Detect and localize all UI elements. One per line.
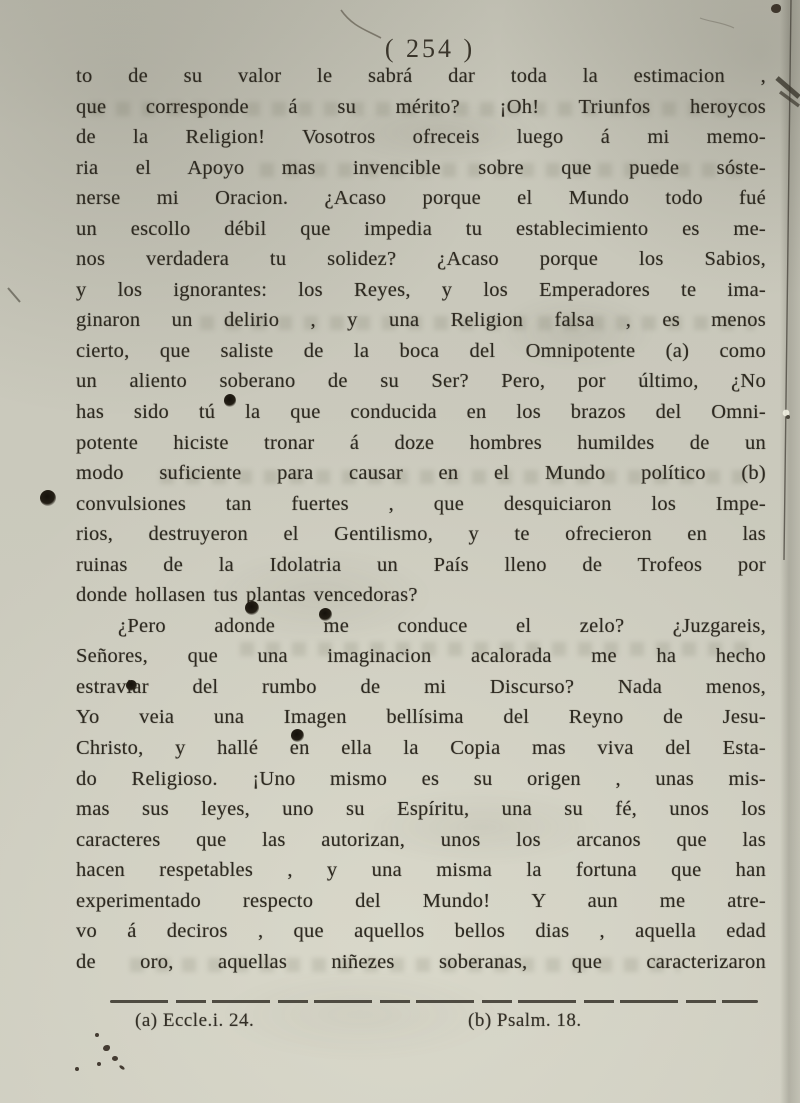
text-line: donde hollasen tus plantas vencedoras? — [76, 580, 766, 611]
text-line: experimentado respecto del Mundo! Y aun … — [76, 886, 766, 917]
page-right-edge-shadow — [780, 0, 800, 1103]
ink-blot — [126, 680, 137, 691]
text-line: rios, destruyeron el Gentilismo, y te of… — [76, 519, 766, 550]
ink-speck — [95, 1033, 99, 1037]
text-line: caracteres que las autorizan, unos los a… — [76, 825, 766, 856]
text-line: de oro, aquellas niñezes soberanas, que … — [76, 947, 766, 978]
ink-blot — [291, 729, 304, 742]
text-line: ¿Pero adonde me conduce el zelo? ¿Juzgar… — [76, 611, 766, 642]
text-line: ginaron un delirio , y una Religion fals… — [76, 305, 766, 336]
text-line: nos verdadera tu solidez? ¿Acaso porque … — [76, 244, 766, 275]
text-line: has sido tú la que conducida en los braz… — [76, 397, 766, 428]
text-line: Christo, y hallé en ella la Copia mas vi… — [76, 733, 766, 764]
ink-speck — [103, 1045, 110, 1051]
text-line: ruinas de la Idolatria un País lleno de … — [76, 550, 766, 581]
scanned-book-page: ( 254 ) to de su valor le sabrá dar toda… — [0, 0, 800, 1103]
text-line: Señores, que una imaginacion acalorada m… — [76, 641, 766, 672]
ink-speck — [97, 1062, 101, 1066]
ink-speck — [771, 4, 781, 13]
text-line: estraviar del rumbo de mi Discurso? Nada… — [76, 672, 766, 703]
text-line: de la Religion! Vosotros ofreceis luego … — [76, 122, 766, 153]
body-text: to de su valor le sabrá dar toda la esti… — [76, 61, 766, 977]
footnote-b: (b) Psalm. 18. — [468, 1010, 582, 1032]
footnote-divider-rule — [110, 1000, 758, 1003]
footnote-a: (a) Eccle.i. 24. — [135, 1010, 254, 1032]
text-line: to de su valor le sabrá dar toda la esti… — [76, 61, 766, 92]
text-line: que corresponde á su mérito? ¡Oh! Triunf… — [76, 92, 766, 123]
text-line: do Religioso. ¡Uno mismo es su origen , … — [76, 764, 766, 795]
text-line: vo á deciros , que aquellos bellos dias … — [76, 916, 766, 947]
ink-blot — [245, 601, 259, 615]
text-line: cierto, que saliste de la boca del Omnip… — [76, 336, 766, 367]
text-line: convulsiones tan fuertes , que desquicia… — [76, 489, 766, 520]
text-line: hacen respetables , y una misma la fortu… — [76, 855, 766, 886]
ink-speck — [119, 1065, 126, 1071]
ink-speck — [112, 1056, 118, 1061]
margin-slash-mark — [8, 288, 20, 302]
text-line: nerse mi Oracion. ¿Acaso porque el Mundo… — [76, 183, 766, 214]
ink-speck — [75, 1067, 79, 1071]
ink-blot — [224, 394, 236, 407]
text-line: Yo veia una Imagen bellísima del Reyno d… — [76, 702, 766, 733]
text-line: un escollo débil que impedia tu establec… — [76, 214, 766, 245]
scratch-mark — [700, 18, 734, 28]
ink-blot — [319, 608, 332, 621]
text-line: y los ignorantes: los Reyes, y los Emper… — [76, 275, 766, 306]
text-line: mas sus leyes, uno su Espíritu, una su f… — [76, 794, 766, 825]
text-line: un aliento soberano de su Ser? Pero, por… — [76, 366, 766, 397]
text-line: ria el Apoyo mas invencible sobre que pu… — [76, 153, 766, 184]
page-number: ( 254 ) — [340, 34, 520, 64]
ink-blot — [40, 490, 56, 506]
text-line: modo suficiente para causar en el Mundo … — [76, 458, 766, 489]
text-line: potente hiciste tronar á doze hombres hu… — [76, 428, 766, 459]
